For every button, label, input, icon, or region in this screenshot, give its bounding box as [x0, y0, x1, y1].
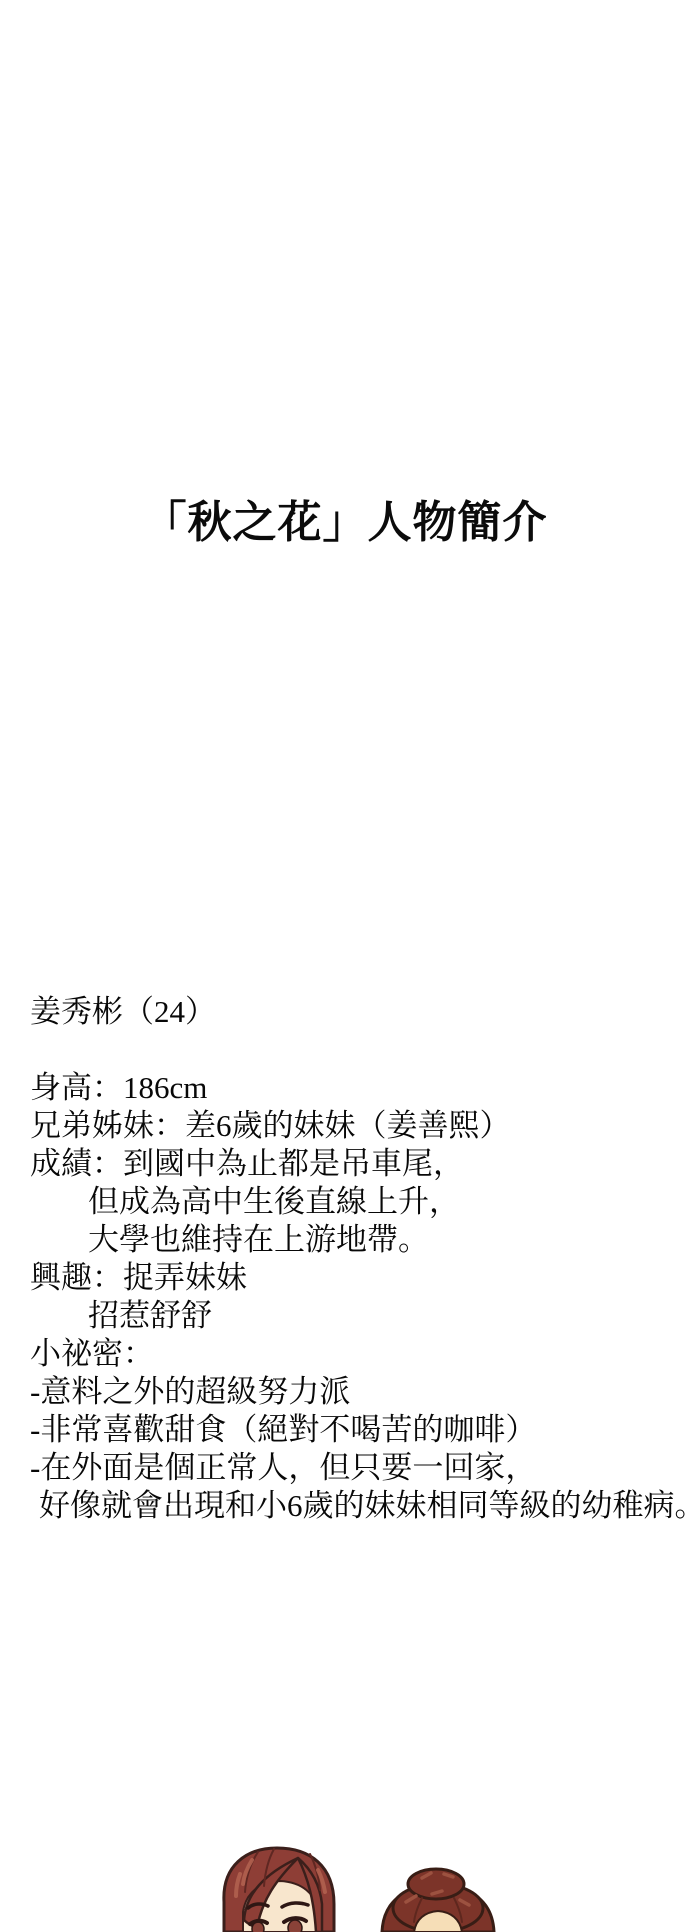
profile-line-hobby: 興趣：捉弄妹妹 — [30, 1259, 678, 1297]
profile-line-secret-header: 小祕密： — [30, 1335, 678, 1373]
female-character-head — [382, 1869, 494, 1932]
profile-line-grades-cont2: 大學也維持在上游地帶。 — [30, 1221, 678, 1259]
profile-line-secret1: -意料之外的超級努力派 — [30, 1373, 678, 1411]
character-name: 姜秀彬（24） — [30, 993, 678, 1031]
male-left-eye — [288, 1920, 302, 1932]
profile-line-grades: 成績：到國中為止都是吊車尾， — [30, 1145, 678, 1183]
blank-line — [30, 1031, 678, 1069]
profile-line-secret3: -在外面是個正常人，但只要一回家， — [30, 1449, 678, 1487]
profile-line-grades-cont1: 但成為高中生後直線上升， — [30, 1183, 678, 1221]
male-character-head — [224, 1848, 334, 1932]
profile-line-height: 身高：186cm — [30, 1069, 678, 1107]
character-profile: 姜秀彬（24） 身高：186cm 兄弟姊妹：差6歲的妹妹（姜善熙） 成績：到國中… — [30, 993, 678, 1525]
character-intro-page: 「秋之花」人物簡介 姜秀彬（24） 身高：186cm 兄弟姊妹：差6歲的妹妹（姜… — [0, 0, 690, 1932]
profile-line-secret2: -非常喜歡甜食（絕對不喝苦的咖啡） — [30, 1411, 678, 1449]
profile-line-hobby-cont: 招惹舒舒 — [30, 1297, 678, 1335]
profile-line-siblings: 兄弟姊妹：差6歲的妹妹（姜善熙） — [30, 1107, 678, 1145]
profile-line-secret3-cont: 好像就會出現和小6歲的妹妹相同等級的幼稚病。 — [30, 1487, 678, 1525]
page-title: 「秋之花」人物簡介 — [0, 486, 690, 550]
character-illustration — [0, 1840, 690, 1932]
